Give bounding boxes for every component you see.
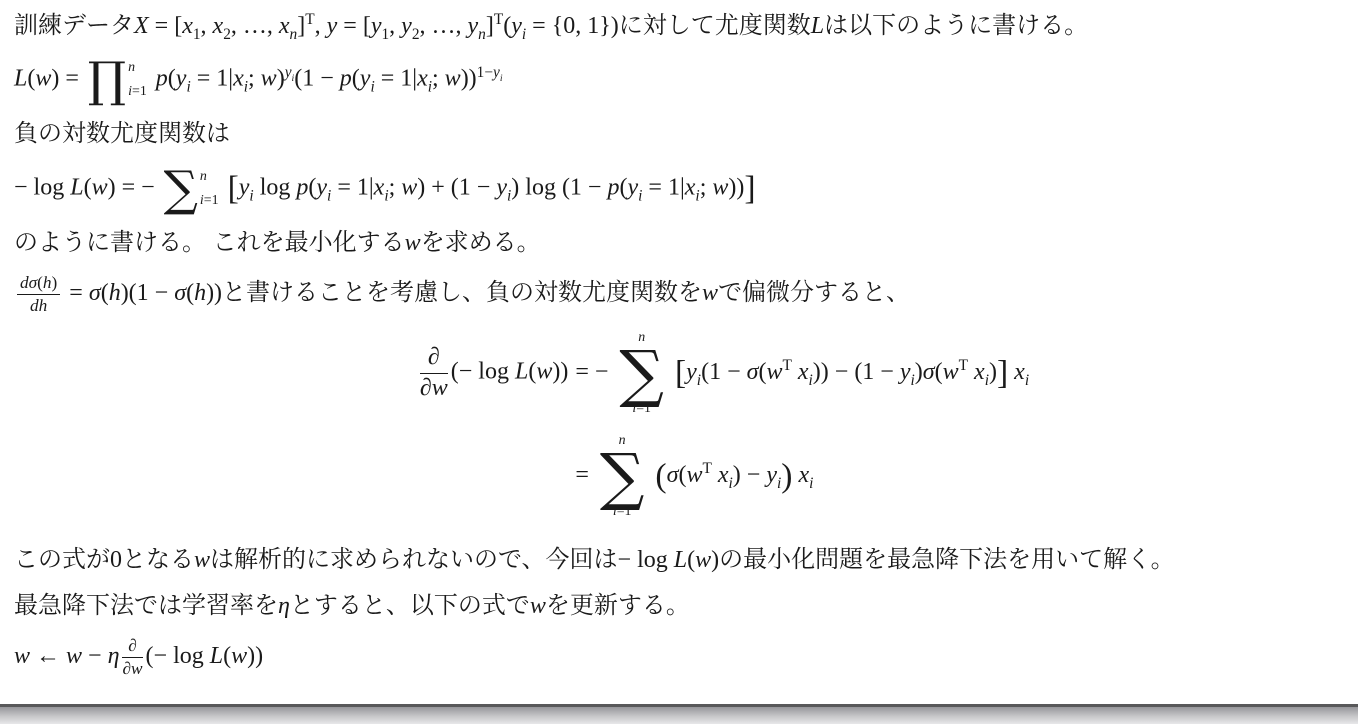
paragraph-nll-intro: 負の対数尤度関数は: [14, 118, 1342, 150]
equation-update-rule: w ← w − η∂∂w(− log L(w)): [14, 636, 1342, 679]
paragraph-minimize-w: のように書ける。 これを最小化するwを求める。: [14, 227, 1342, 259]
equation-negative-log-likelihood: − log L(w) = − ∑ni=1 [yi log p(yi = 1|xi…: [14, 165, 1342, 213]
equation-gradient-line1: ∂∂w(− log L(w)) = − n∑i=1 [yi(1 − σ(wT x…: [417, 322, 1029, 425]
paragraph-training-data: 訓練データX = [x1, x2, …, xn]T, y = [y1, y2, …: [14, 10, 1342, 42]
paragraph-sigmoid-derivative: dσ(h)dh = σ(h)(1 − σ(h))と書けることを考慮し、負の対数尤…: [14, 273, 1342, 316]
gradient-lhs: ∂∂w(− log L(w)): [417, 322, 575, 425]
equation-gradient-line2: = n∑i=1 (σ(wT xi) − yi) xi: [417, 425, 1029, 528]
document-content: 訓練データX = [x1, x2, …, xn]T, y = [y1, y2, …: [0, 0, 1358, 704]
paragraph-analytic-unsolvable: この式が0となるwは解析的に求められないので、今回は− log L(w)の最小化…: [14, 544, 1342, 576]
gradient-lhs-empty: [417, 425, 575, 528]
document-page: 訓練データX = [x1, x2, …, xn]T, y = [y1, y2, …: [0, 0, 1358, 724]
page-bottom-shadow: [0, 707, 1358, 724]
equation-gradient-block: ∂∂w(− log L(w)) = − n∑i=1 [yi(1 − σ(wT x…: [417, 322, 1029, 528]
gradient-rhs-line1: = − n∑i=1 [yi(1 − σ(wT xi)) − (1 − yi)σ(…: [575, 322, 1029, 425]
equation-likelihood: L(w) = ∏ni=1 p(yi = 1|xi; w)yi(1 − p(yi …: [14, 56, 1342, 104]
gradient-rhs-line2: = n∑i=1 (σ(wT xi) − yi) xi: [575, 425, 1029, 528]
paragraph-learning-rate: 最急降下法では学習率をηとすると、以下の式でwを更新する。: [14, 590, 1342, 622]
